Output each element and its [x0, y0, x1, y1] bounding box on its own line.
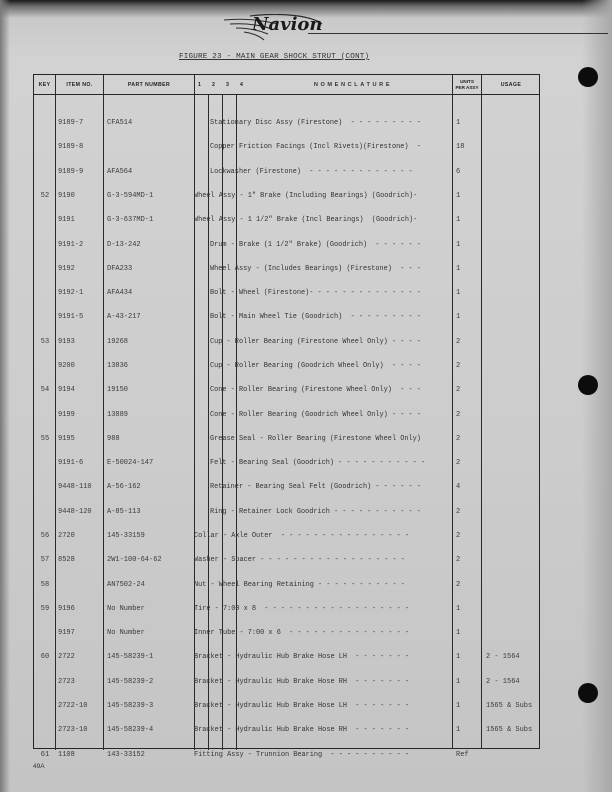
cell-usage [486, 581, 532, 589]
cell-item-no: 9195 [58, 435, 92, 443]
cell-usage: 2 - 1564 [486, 678, 532, 686]
cell-item-no: 9191 [58, 216, 92, 224]
cell-key [34, 508, 56, 516]
cell-item-no: 9448-120 [58, 508, 92, 516]
cell-part-number: AN7502-24 [107, 581, 162, 589]
cell-units: 4 [456, 483, 473, 491]
cell-usage [486, 362, 532, 370]
header-item-no: ITEM NO. [56, 75, 103, 95]
column-divider [103, 75, 104, 750]
cell-units: 1 [456, 678, 473, 686]
cell-usage [486, 508, 532, 516]
key-column: 52 53 54 55 56 57 58 59 60 61 [34, 103, 56, 775]
brand-logo-text: Navion [252, 14, 323, 35]
cell-part-number: E-50024-147 [107, 459, 162, 467]
cell-nomenclature: Cone - Roller Bearing (Goodrich Wheel On… [194, 411, 425, 419]
cell-part-number: 19268 [107, 338, 162, 346]
cell-units: 1 [456, 702, 473, 710]
cell-usage [486, 241, 532, 249]
cell-usage [486, 265, 532, 273]
cell-usage [486, 411, 532, 419]
cell-part-number: 13836 [107, 362, 162, 370]
cell-usage [486, 751, 532, 759]
figure-title: FIGURE 23 - MAIN GEAR SHOCK STRUT (CONT) [179, 53, 369, 61]
column-divider [481, 75, 482, 748]
cell-units: 1 [456, 653, 473, 661]
cell-item-no: 9191-6 [58, 459, 92, 467]
cell-item-no: 9193 [58, 338, 92, 346]
cell-nomenclature: Grease Seal - Roller Bearing (Firestone … [194, 435, 425, 443]
cell-item-no: 2723 [58, 678, 92, 686]
cell-usage [486, 338, 532, 346]
cell-item-no: 9190 [58, 192, 92, 200]
cell-units: 2 [456, 435, 473, 443]
cell-part-number: 13889 [107, 411, 162, 419]
binder-hole-middle [578, 375, 598, 395]
cell-key [34, 143, 56, 151]
cell-key: 59 [34, 605, 56, 613]
cell-key [34, 362, 56, 370]
cell-units: 2 [456, 338, 473, 346]
cell-key [34, 313, 56, 321]
cell-key [34, 459, 56, 467]
cell-part-number: AFA564 [107, 168, 162, 176]
cell-key: 60 [34, 653, 56, 661]
cell-key: 61 [34, 751, 56, 759]
cell-item-no: 9448-110 [58, 483, 92, 491]
cell-part-number: A-85-113 [107, 508, 162, 516]
cell-nomenclature: Inner Tube - 7:00 x 6 - - - - - - - - - … [194, 629, 425, 637]
cell-nomenclature: Bracket - Hydraulic Hub Brake Hose LH - … [194, 653, 425, 661]
cell-key: 54 [34, 386, 56, 394]
cell-units: 2 [456, 386, 473, 394]
cell-part-number: 145-58239-3 [107, 702, 162, 710]
cell-units: Ref [456, 751, 473, 759]
cell-units: 1 [456, 605, 473, 613]
cell-nomenclature: Retainer - Bearing Seal Felt (Goodrich) … [194, 483, 425, 491]
cell-part-number: No Number [107, 629, 162, 637]
cell-usage [486, 483, 532, 491]
cell-nomenclature: Wheel Assy - 1" Brake (Including Bearing… [194, 192, 425, 200]
cell-part-number: 19150 [107, 386, 162, 394]
cell-item-no: 1108 [58, 751, 92, 759]
page-shadow-right [582, 0, 612, 792]
cell-nomenclature: Wheel Assy - (Includes Bearings) (Firest… [194, 265, 425, 273]
cell-item-no: 2722 [58, 653, 92, 661]
header-key: KEY [34, 75, 55, 95]
cell-usage [486, 143, 532, 151]
cell-units: 1 [456, 216, 473, 224]
cell-usage [486, 459, 532, 467]
cell-key [34, 119, 56, 127]
cell-key [34, 678, 56, 686]
cell-nomenclature: Ring - Retainer Lock Goodrich - - - - - … [194, 508, 425, 516]
cell-key [34, 265, 56, 273]
cell-units: 1 [456, 726, 473, 734]
cell-part-number: 145-58239-2 [107, 678, 162, 686]
page-shadow-left [0, 0, 10, 792]
cell-nomenclature: Drum - Brake (1 1/2" Brake) (Goodrich) -… [194, 241, 425, 249]
cell-usage: 2 - 1564 [486, 653, 532, 661]
cell-item-no: 9189-8 [58, 143, 92, 151]
cell-usage [486, 289, 532, 297]
cell-item-no: 8528 [58, 556, 92, 564]
cell-part-number: G-3-637MD-1 [107, 216, 162, 224]
cell-key: 52 [34, 192, 56, 200]
table-header: KEY ITEM NO. PART NUMBER 1 2 3 4 NOMENCL… [34, 75, 539, 95]
cell-units: 1 [456, 192, 473, 200]
cell-units: 2 [456, 411, 473, 419]
cell-part-number: 145-58239-4 [107, 726, 162, 734]
cell-key: 56 [34, 532, 56, 540]
cell-item-no: 9191-5 [58, 313, 92, 321]
cell-usage [486, 556, 532, 564]
cell-key [34, 241, 56, 249]
item-no-column: 9189-7 9189-8 9189-9 9190 9191 9191-2 91… [58, 103, 92, 775]
cell-key [34, 168, 56, 176]
cell-units: 1 [456, 119, 473, 127]
part-number-column: CFA514 AFA564 G-3-594MD-1 G-3-637MD-1 D-… [107, 103, 162, 775]
header-indent-3: 3 [226, 75, 229, 95]
cell-part-number: 988 [107, 435, 162, 443]
cell-nomenclature: Bolt - Wheel (Firestone)- - - - - - - - … [194, 289, 425, 297]
cell-item-no: 9200 [58, 362, 92, 370]
cell-units: 1 [456, 241, 473, 249]
cell-nomenclature: Tire - 7:00 x 8 - - - - - - - - - - - - … [194, 605, 425, 613]
cell-units: 1 [456, 629, 473, 637]
cell-item-no: 9199 [58, 411, 92, 419]
cell-item-no: 9194 [58, 386, 92, 394]
cell-usage [486, 216, 532, 224]
cell-item-no: 9192-1 [58, 289, 92, 297]
cell-nomenclature: Cone - Roller Bearing (Firestone Wheel O… [194, 386, 425, 394]
cell-part-number [107, 143, 162, 151]
cell-key [34, 411, 56, 419]
cell-part-number: 143-33152 [107, 751, 162, 759]
cell-units: 1 [456, 313, 473, 321]
header-indent-1: 1 [198, 75, 201, 95]
cell-item-no: 2723-10 [58, 726, 92, 734]
cell-part-number: AFA434 [107, 289, 162, 297]
cell-units: 2 [456, 532, 473, 540]
parts-list-table: KEY ITEM NO. PART NUMBER 1 2 3 4 NOMENCL… [33, 74, 540, 749]
cell-item-no: 9189-9 [58, 168, 92, 176]
units-per-assy-column: 1 18 6 1 1 1 1 1 1 2 2 2 2 2 2 4 2 2 2 2… [456, 103, 473, 775]
cell-nomenclature: Bracket - Hydraulic Hub Brake Hose RH - … [194, 678, 425, 686]
cell-part-number: CFA514 [107, 119, 162, 127]
cell-item-no: 2722-10 [58, 702, 92, 710]
cell-part-number: A-56-162 [107, 483, 162, 491]
cell-usage [486, 386, 532, 394]
cell-nomenclature: Washer - Spacer - - - - - - - - - - - - … [194, 556, 425, 564]
cell-key: 53 [34, 338, 56, 346]
cell-nomenclature: Wheel Assy - 1 1/2" Brake (Incl Bearings… [194, 216, 425, 224]
cell-key [34, 483, 56, 491]
cell-nomenclature: Fitting Assy - Trunnion Bearing - - - - … [194, 751, 425, 759]
cell-item-no: 9192 [58, 265, 92, 273]
cell-usage [486, 435, 532, 443]
cell-usage: 1565 & Subs [486, 726, 532, 734]
header-rule [308, 33, 608, 34]
cell-item-no: 9191-2 [58, 241, 92, 249]
binder-hole-top [578, 67, 598, 87]
page-number: 49A [33, 763, 45, 770]
cell-item-no: 2720 [58, 532, 92, 540]
cell-nomenclature: Bracket - Hydraulic Hub Brake Hose LH - … [194, 702, 425, 710]
binder-hole-bottom [578, 683, 598, 703]
cell-usage: 1565 & Subs [486, 702, 532, 710]
cell-key [34, 726, 56, 734]
header-usage: USAGE [482, 75, 540, 95]
cell-nomenclature: Bracket - Hydraulic Hub Brake Hose RH - … [194, 726, 425, 734]
cell-usage [486, 532, 532, 540]
cell-units: 2 [456, 581, 473, 589]
cell-part-number: D-13-242 [107, 241, 162, 249]
cell-part-number: A-43-217 [107, 313, 162, 321]
cell-units: 6 [456, 168, 473, 176]
cell-part-number: 145-33159 [107, 532, 162, 540]
cell-item-no: 9189-7 [58, 119, 92, 127]
cell-usage [486, 119, 532, 127]
cell-item-no [58, 581, 92, 589]
cell-key: 58 [34, 581, 56, 589]
cell-nomenclature: Collar - Axle Outer - - - - - - - - - - … [194, 532, 425, 540]
cell-usage [486, 313, 532, 321]
cell-key: 57 [34, 556, 56, 564]
header-indent-4: 4 [240, 75, 243, 95]
cell-nomenclature: Cup - Roller Bearing (Goodrich Wheel Onl… [194, 362, 425, 370]
cell-part-number: No Number [107, 605, 162, 613]
cell-nomenclature: Cup - Roller Bearing (Firestone Wheel On… [194, 338, 425, 346]
cell-nomenclature: Lockwasher (Firestone) - - - - - - - - -… [194, 168, 425, 176]
cell-nomenclature: Felt - Bearing Seal (Goodrich) - - - - -… [194, 459, 425, 467]
header-units-line2: PER ASSY [455, 85, 478, 91]
cell-units: 2 [456, 459, 473, 467]
cell-usage [486, 168, 532, 176]
cell-usage [486, 192, 532, 200]
cell-nomenclature: Copper Friction Facings (Incl Rivets)(Fi… [194, 143, 425, 151]
cell-key: 55 [34, 435, 56, 443]
cell-units: 18 [456, 143, 473, 151]
column-divider [452, 75, 453, 748]
cell-part-number: DFA233 [107, 265, 162, 273]
cell-units: 1 [456, 289, 473, 297]
header-indent-2: 2 [212, 75, 215, 95]
header-units-per-assy: UNITS PER ASSY [453, 75, 481, 95]
cell-units: 2 [456, 362, 473, 370]
cell-key [34, 702, 56, 710]
cell-key [34, 216, 56, 224]
cell-part-number: 2W1-100-64-62 [107, 556, 162, 564]
cell-usage [486, 605, 532, 613]
header-part-number: PART NUMBER [104, 75, 194, 95]
cell-nomenclature: Bolt - Main Wheel Tie (Goodrich) - - - -… [194, 313, 425, 321]
cell-units: 1 [456, 265, 473, 273]
cell-part-number: G-3-594MD-1 [107, 192, 162, 200]
cell-item-no: 9196 [58, 605, 92, 613]
cell-units: 2 [456, 508, 473, 516]
cell-nomenclature: Nut - Wheel Bearing Retaining - - - - - … [194, 581, 425, 589]
cell-usage [486, 629, 532, 637]
cell-key [34, 289, 56, 297]
nomenclature-column: Stationary Disc Assy (Firestone) - - - -… [194, 103, 425, 775]
header-nomenclature: NOMENCLATURE [254, 75, 452, 95]
cell-key [34, 629, 56, 637]
cell-part-number: 145-58239-1 [107, 653, 162, 661]
cell-units: 2 [456, 556, 473, 564]
cell-item-no: 9197 [58, 629, 92, 637]
usage-column: 2 - 1564 2 - 1564 1565 & Subs 1565 & Sub… [486, 103, 532, 775]
cell-nomenclature: Stationary Disc Assy (Firestone) - - - -… [194, 119, 425, 127]
